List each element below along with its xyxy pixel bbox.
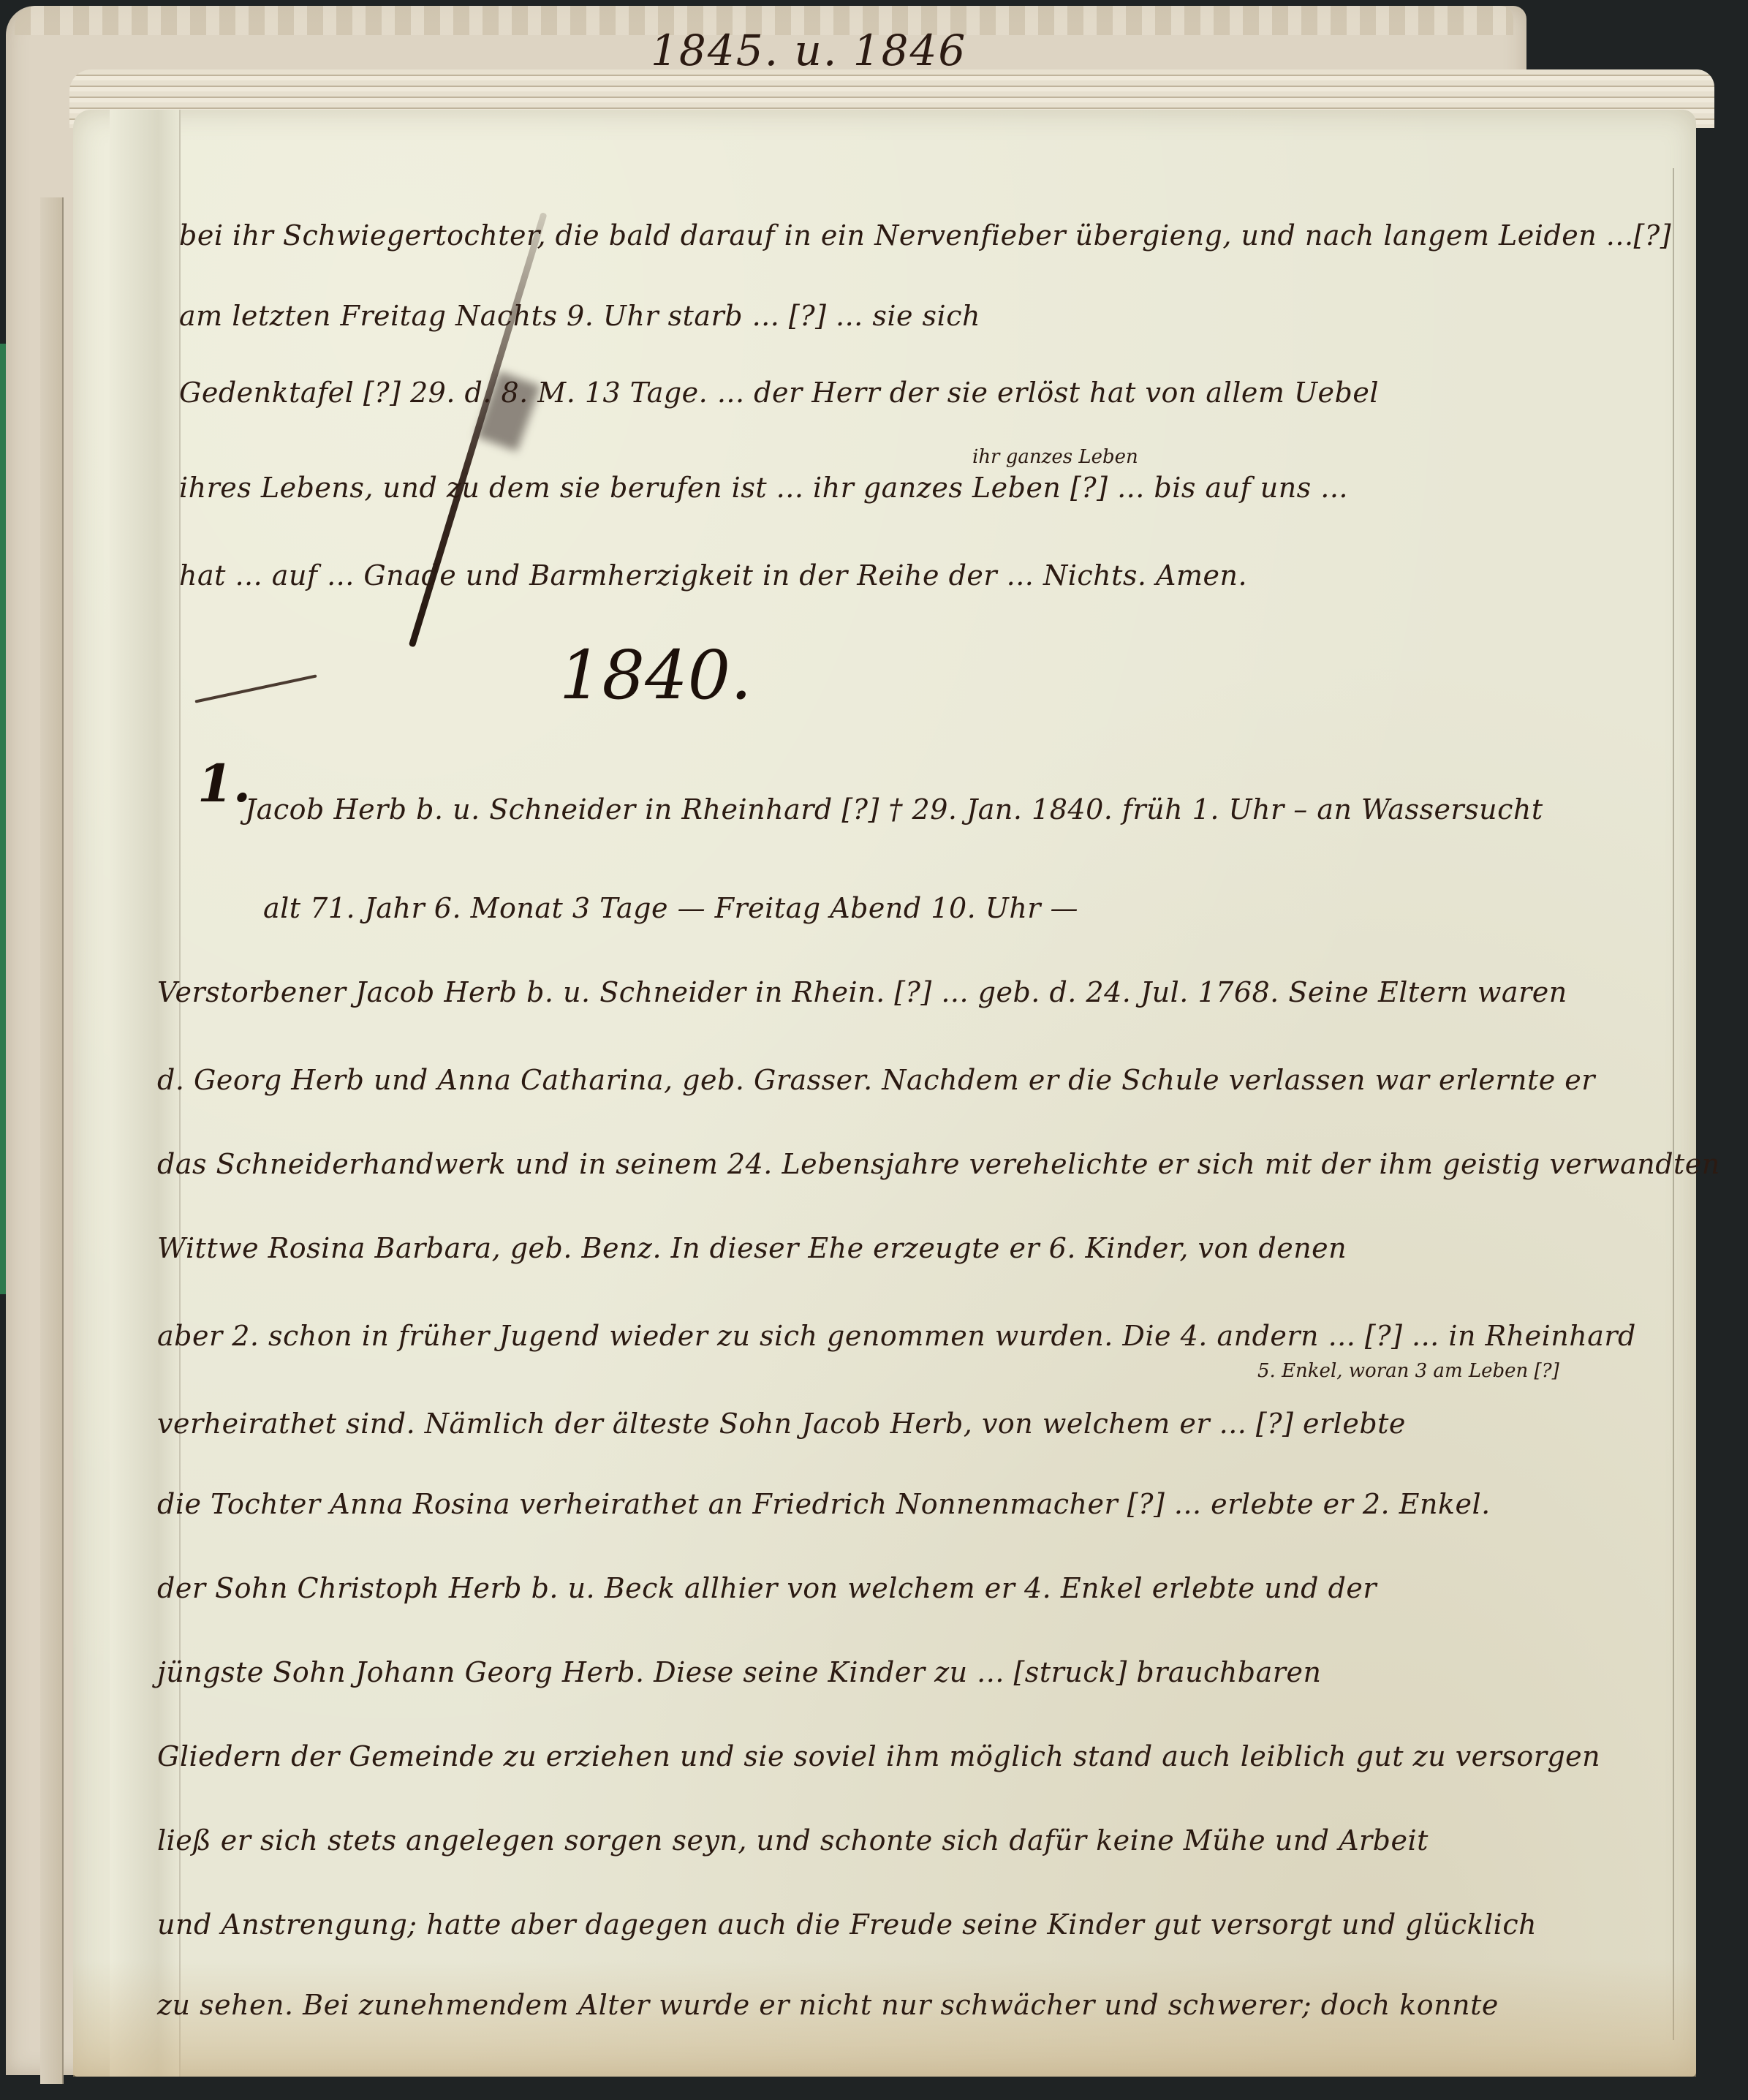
text-line-13: verheirathet sind. Nämlich der älteste S… — [157, 1408, 1406, 1440]
entry-number: 1. — [197, 753, 251, 814]
text-line-3: Gedenktafel [?] 29. d. 8. M. 13 Tage. ..… — [179, 377, 1379, 409]
separator-stroke — [194, 674, 317, 703]
page-stack-left-edge — [40, 197, 64, 2084]
text-line-12: aber 2. schon in früher Jugend wieder zu… — [157, 1320, 1636, 1352]
text-line-9: d. Georg Herb und Anna Catharina, geb. G… — [157, 1064, 1595, 1096]
manuscript-page: bei ihr Schwiegertochter, die bald darau… — [73, 110, 1696, 2077]
margin-line — [1673, 168, 1674, 2040]
cover-year-label: 1845. u. 1846 — [651, 26, 966, 75]
interlinear-note-1: ihr ganzes Leben — [972, 446, 1138, 468]
text-line-15: der Sohn Christoph Herb b. u. Beck allhi… — [157, 1572, 1377, 1604]
interlinear-note-2: 5. Enkel, woran 3 am Leben [?] — [1257, 1360, 1559, 1382]
text-line-2: am letzten Freitag Nachts 9. Uhr starb .… — [179, 300, 980, 332]
text-line-19: und Anstrengung; hatte aber dagegen auch… — [157, 1908, 1537, 1941]
text-line-11: Wittwe Rosina Barbara, geb. Benz. In die… — [157, 1232, 1347, 1264]
text-line-4: ihres Lebens, und zu dem sie berufen ist… — [179, 472, 1348, 504]
text-line-17: Gliedern der Gemeinde zu erziehen und si… — [157, 1740, 1600, 1772]
text-line-7: alt 71. Jahr 6. Monat 3 Tage — Freitag A… — [263, 892, 1078, 924]
text-line-16: jüngste Sohn Johann Georg Herb. Diese se… — [157, 1656, 1321, 1688]
text-line-20: zu sehen. Bei zunehmendem Alter wurde er… — [157, 1989, 1499, 2021]
text-line-8: Verstorbener Jacob Herb b. u. Schneider … — [157, 976, 1567, 1008]
text-line-14: die Tochter Anna Rosina verheirathet an … — [157, 1488, 1491, 1520]
section-year-heading: 1840. — [559, 636, 752, 714]
text-line-1: bei ihr Schwiegertochter, die bald darau… — [179, 219, 1671, 252]
text-line-5: hat ... auf ... Gnade und Barmherzigkeit… — [179, 559, 1247, 592]
text-line-10: das Schneiderhandwerk und in seinem 24. … — [157, 1148, 1720, 1180]
text-line-18: ließ er sich stets angelegen sorgen seyn… — [157, 1824, 1429, 1857]
text-line-6: Jacob Herb b. u. Schneider in Rheinhard … — [245, 793, 1543, 826]
